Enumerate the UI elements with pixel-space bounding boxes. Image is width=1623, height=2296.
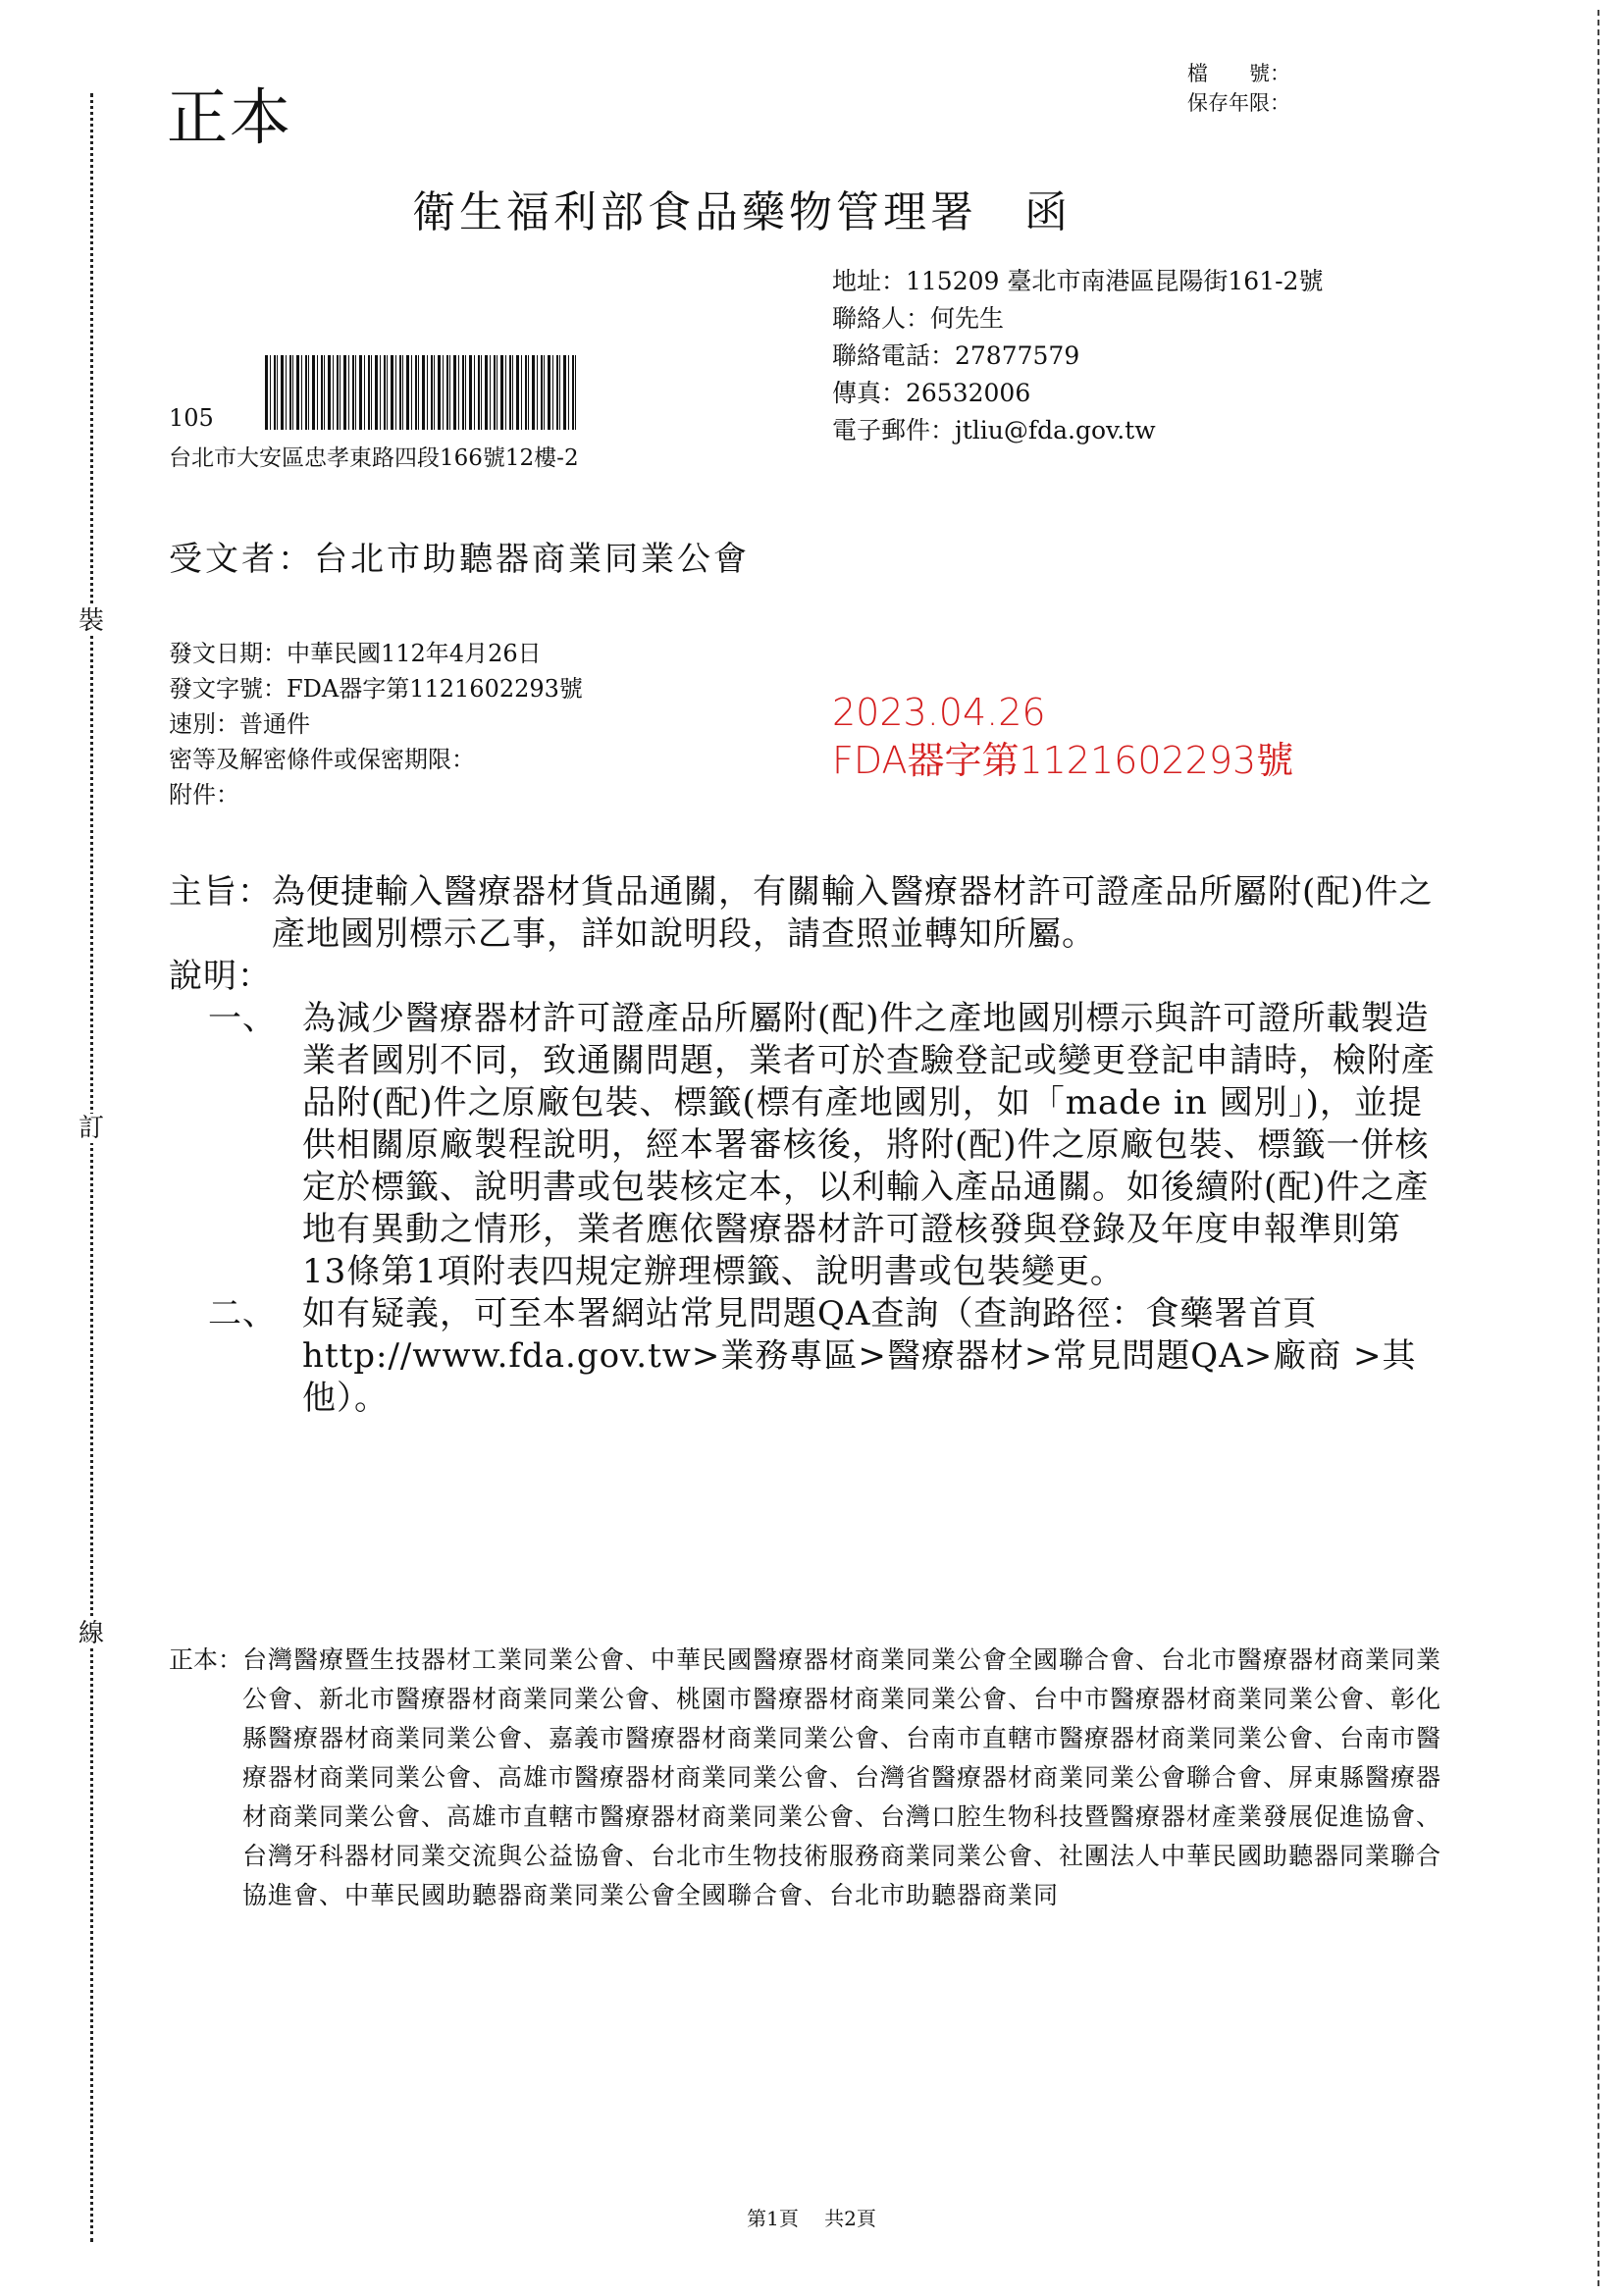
received-stamp: 2023.04.26 FDA器字第1121602293號 [832,689,1293,785]
item-number: 一、 [208,998,302,1293]
urgency: 速別：普通件 [169,706,583,742]
binding-mark-ding: 訂 [77,1114,106,1143]
issue-date: 發文日期：中華民國112年4月26日 [169,636,583,671]
barcode-icon [265,355,579,430]
sender-contact-block: 地址：115209 臺北市南港區昆陽街161-2號 聯絡人：何先生 聯絡電話：2… [832,263,1323,449]
page-edge-line [1597,10,1599,2286]
letter-body: 主旨： 為便捷輸入醫療器材貨品通關，有關輸入醫療器材許可證產品所屬附(配)件之產… [169,871,1444,1420]
binding-dotted-line [90,93,93,2242]
document-title: 衛生福利部食品藥物管理署 函 [412,177,1072,239]
archive-info: 檔 號： 保存年限： [1187,59,1290,118]
recipient-address: 台北市大安區忠孝東路四段166號12樓-2 [169,440,579,472]
sender-address: 地址：115209 臺北市南港區昆陽街161-2號 [832,263,1323,300]
contact-person: 聯絡人：何先生 [832,300,1323,338]
binding-mark-zhuang: 裝 [77,606,106,636]
document-number: 發文字號：FDA器字第1121602293號 [169,671,583,706]
page-number: 第1頁 共2頁 [0,2203,1623,2231]
contact-phone: 聯絡電話：27877579 [832,338,1323,375]
binding-mark-xian: 線 [77,1619,106,1648]
item-text: 如有疑義，可至本署網站常見問題QA查詢（查詢路徑：食藥署首頁http://www… [302,1293,1444,1420]
item-text: 為減少醫療器材許可證產品所屬附(配)件之產地國別標示與許可證所載製造業者國別不同… [302,998,1444,1293]
stamp-number: FDA器字第1121602293號 [832,736,1293,785]
retention-period-label: 保存年限： [1187,88,1290,118]
distribution-list: 正本： 台灣醫療暨生技器材工業同業公會、中華民國醫療器材商業同業公會全國聯合會、… [169,1641,1444,1915]
explanation-heading: 說明： [169,956,1444,998]
distribution-text: 台灣醫療暨生技器材工業同業公會、中華民國醫療器材商業同業公會全國聯合會、台北市醫… [242,1641,1444,1915]
distribution-label: 正本： [169,1641,242,1915]
attachments: 附件： [169,777,583,812]
explanation-label: 說明： [169,956,272,998]
classification: 密等及解密條件或保密期限： [169,742,583,777]
item-number: 二、 [208,1293,302,1420]
stamp-date: 2023.04.26 [832,689,1293,736]
explanation-item: 二、 如有疑義，可至本署網站常見問題QA查詢（查詢路徑：食藥署首頁http://… [208,1293,1444,1420]
archive-number-label: 檔 號： [1187,59,1290,88]
recipient-line: 受文者：台北市助聽器商業同業公會 [169,532,750,580]
subject-text: 為便捷輸入醫療器材貨品通關，有關輸入醫療器材許可證產品所屬附(配)件之產地國別標… [272,871,1444,956]
contact-fax: 傳真：26532006 [832,375,1323,412]
explanation-item: 一、 為減少醫療器材許可證產品所屬附(配)件之產地國別標示與許可證所載製造業者國… [208,998,1444,1293]
document-meta: 發文日期：中華民國112年4月26日 發文字號：FDA器字第1121602293… [169,636,583,812]
original-copy-mark: 正本 [167,69,292,156]
postal-code: 105 [169,404,214,432]
subject-paragraph: 主旨： 為便捷輸入醫療器材貨品通關，有關輸入醫療器材許可證產品所屬附(配)件之產… [169,871,1444,956]
contact-email: 電子郵件：jtliu@fda.gov.tw [832,412,1323,449]
subject-label: 主旨： [169,871,272,956]
